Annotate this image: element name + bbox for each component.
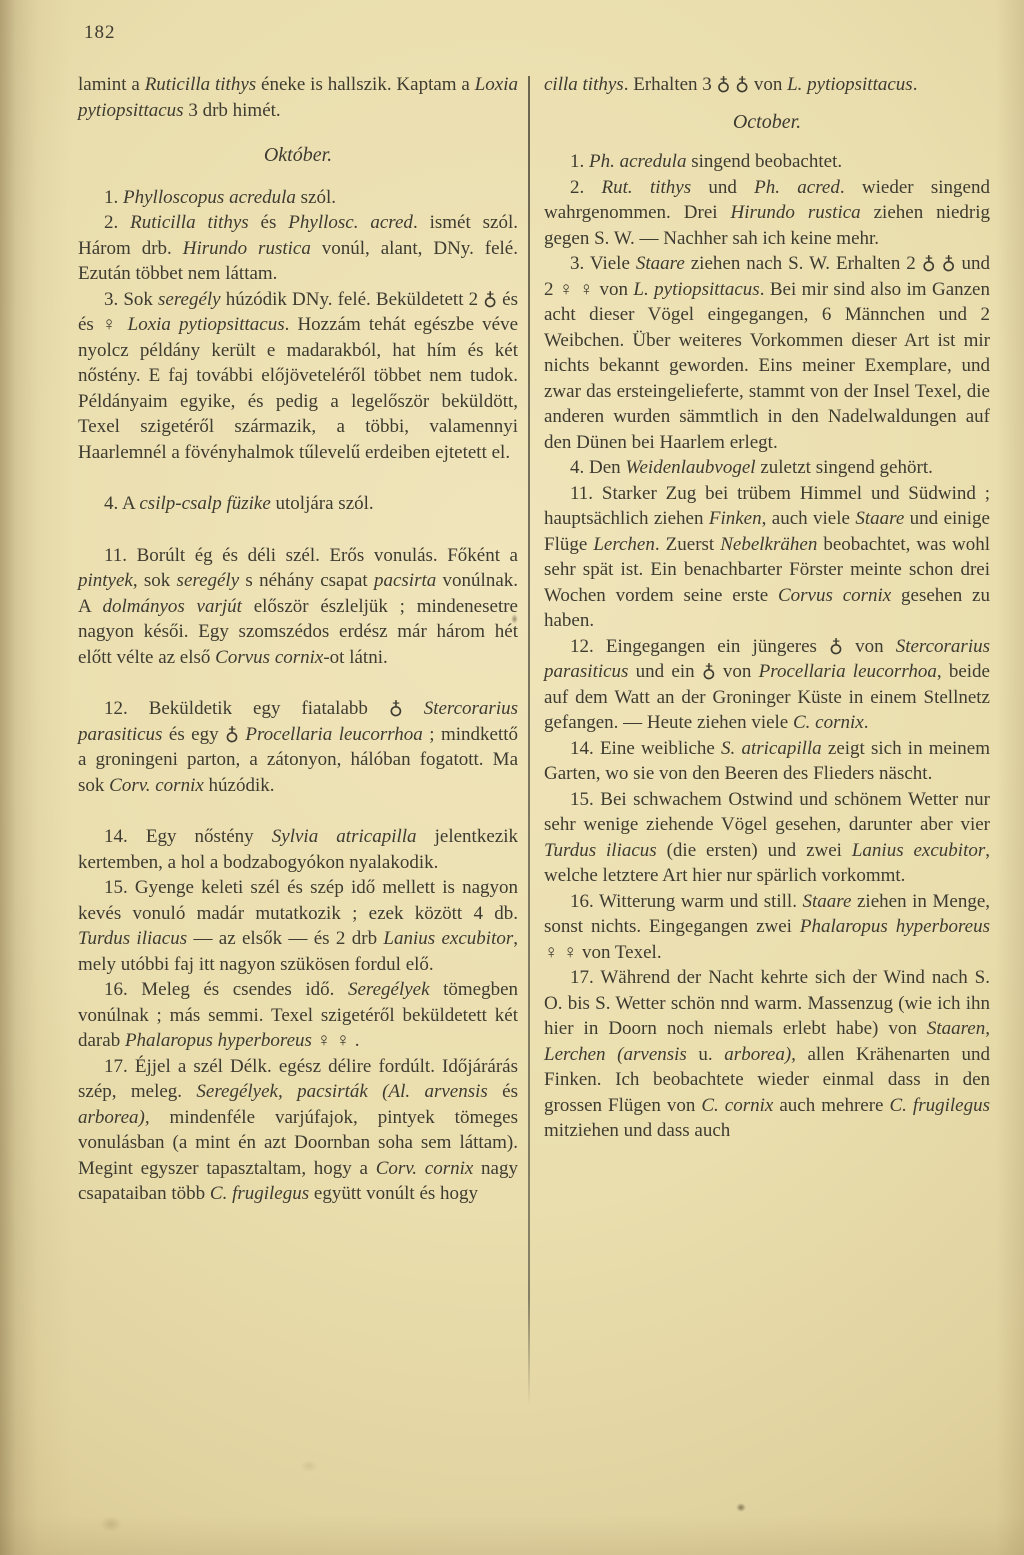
- paper-stain: [100, 1516, 122, 1532]
- journal-entry: 3. Sok seregély húzódik DNy. felé. Bekül…: [78, 287, 518, 466]
- journal-entry: 16. Witterung warm und still. Staare zie…: [544, 889, 990, 966]
- column-german: cilla tithys. Erhalten 3 ♁ ♁ von L. pyti…: [544, 72, 990, 1144]
- journal-entry: 11. Starker Zug bei trübem Himmel und Sü…: [544, 481, 990, 634]
- journal-entry: 12. Beküldetik egy fiatalabb ♁ Stercorar…: [78, 696, 518, 798]
- journal-entry: 4. Den Weidenlaubvogel zuletzt singend g…: [544, 455, 990, 481]
- continuation-paragraph: cilla tithys. Erhalten 3 ♁ ♁ von L. pyti…: [544, 72, 990, 98]
- journal-entry: 1. Ph. acredula singend beobachtet.: [544, 149, 990, 175]
- journal-entry: 2. Rut. tithys und Ph. acred. wieder sin…: [544, 175, 990, 252]
- journal-entry: 1. Phylloscopus acredula szól.: [78, 185, 518, 211]
- page-number: 182: [84, 22, 116, 44]
- journal-entry: 4. A csilp-csalp füzike utoljára szól.: [78, 491, 518, 517]
- journal-entry: 17. Während der Nacht kehrte sich der Wi…: [544, 965, 990, 1144]
- ink-speck: [736, 1503, 746, 1512]
- two-column-text-block: lamint a Ruticilla tithys éneke is halls…: [78, 72, 990, 1406]
- month-heading: Október.: [78, 143, 518, 169]
- journal-entry: 11. Borúlt ég és déli szél. Erős vonulás…: [78, 543, 518, 671]
- continuation-paragraph: lamint a Ruticilla tithys éneke is halls…: [78, 72, 518, 123]
- journal-entry: 14. Egy nőstény Sylvia atricapilla jelen…: [78, 824, 518, 875]
- journal-entry: 15. Bei schwachem Ostwind und schönem We…: [544, 787, 990, 889]
- month-heading: October.: [544, 110, 990, 136]
- column-divider: [528, 76, 530, 1406]
- journal-entry: 3. Viele Staare ziehen nach S. W. Erhalt…: [544, 251, 990, 455]
- journal-entry: 15. Gyenge keleti szél és szép idő melle…: [78, 875, 518, 977]
- journal-entry: 17. Éjjel a szél Délk. egész délire ford…: [78, 1054, 518, 1207]
- column-hungarian: lamint a Ruticilla tithys éneke is halls…: [78, 72, 518, 1207]
- paper-stain: [300, 1460, 318, 1472]
- journal-entry: 12. Eingegangen ein jüngeres ♁ von Sterc…: [544, 634, 990, 736]
- journal-entry: 16. Meleg és csendes idő. Seregélyek töm…: [78, 977, 518, 1054]
- journal-entry: 14. Eine weibliche S. atricapilla zeigt …: [544, 736, 990, 787]
- journal-entry: 2. Ruticilla tithys és Phyllosc. acred. …: [78, 210, 518, 287]
